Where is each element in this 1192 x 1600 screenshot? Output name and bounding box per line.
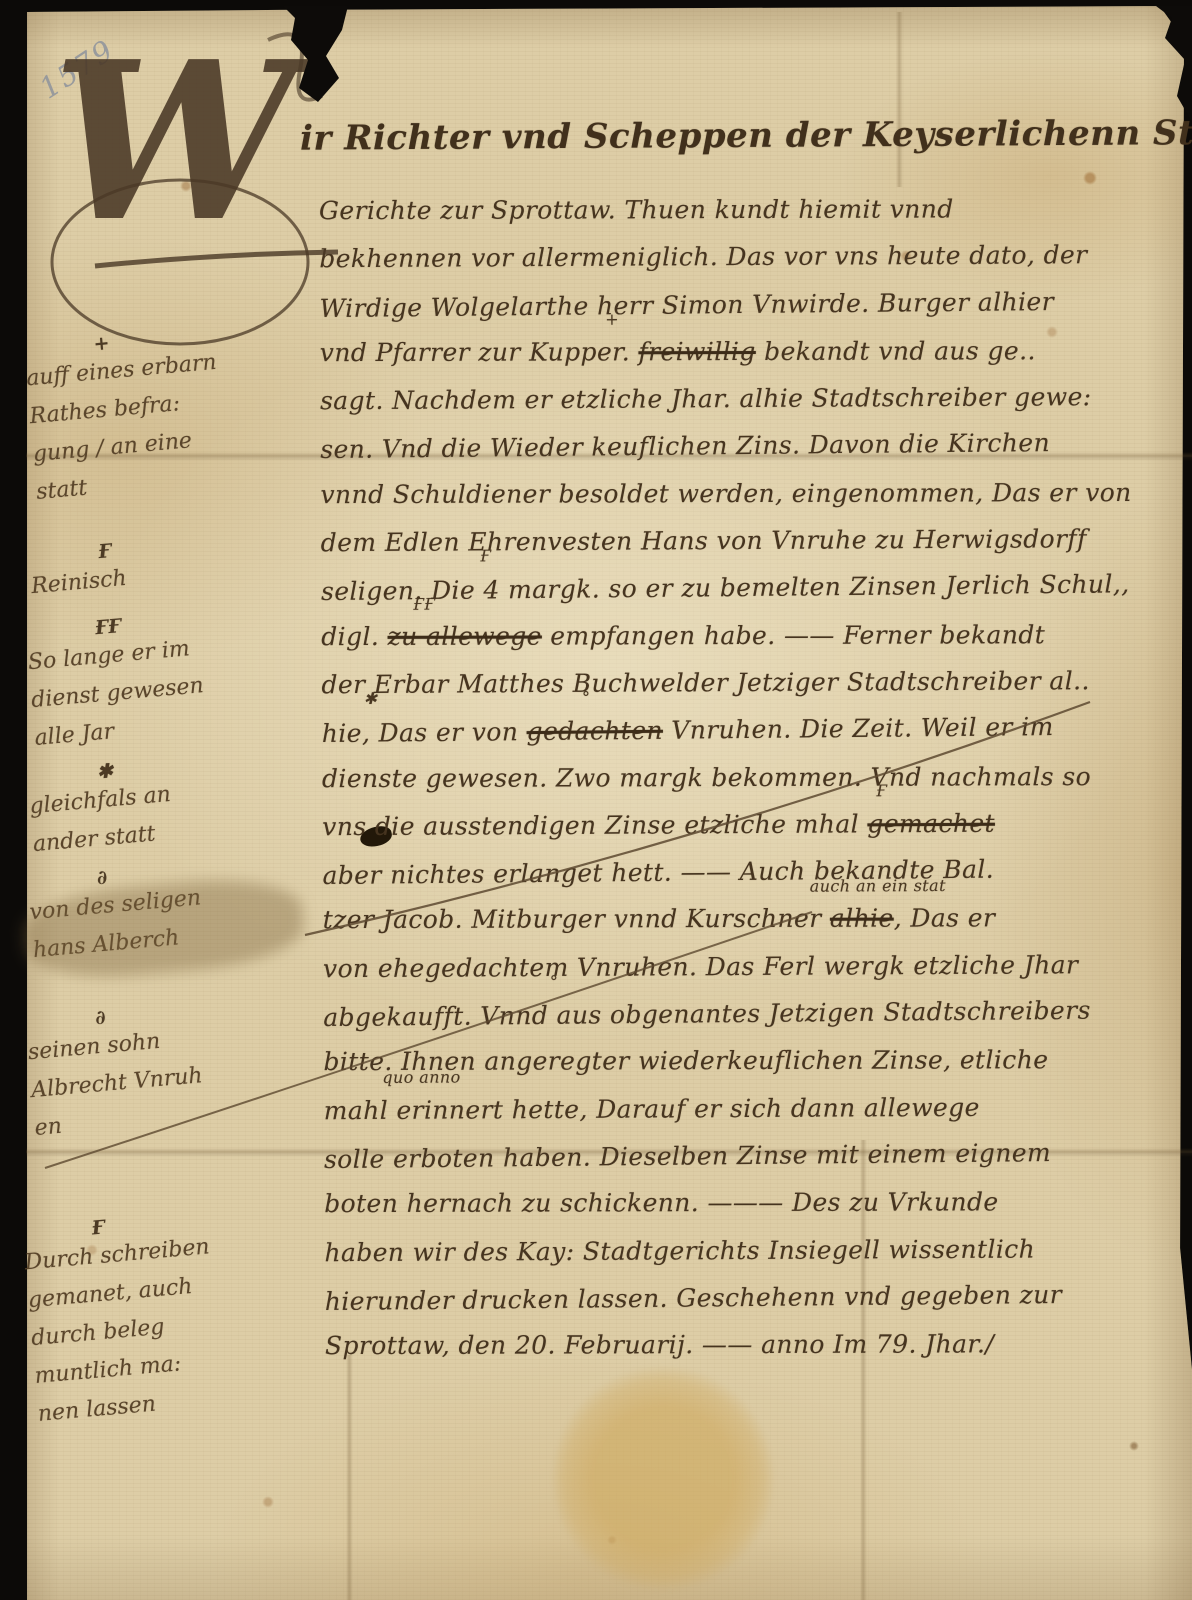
text-segment: tzer Jacob. Mitburger vnnd Kurschner [323,904,830,934]
text-segment: bekhennen vor allermeniglich. Das vor vn… [319,240,1087,273]
manuscript-line: solle erboten haben. Dieselben Zinse mit… [324,1128,1169,1183]
manuscript-line: hie, Das er von gedachten Vnruhen. Die Z… [322,702,1167,757]
margin-note: ∂seinen sohnAlbrecht Vnruhen [25,990,316,1148]
text-segment: von ehegedachtem Vnruhen. Das Ferl wergk… [323,950,1079,983]
seal-stain [553,1366,773,1591]
interlinear-note: Ғ [876,783,887,799]
manuscript-line: von ehegedachtem Vnruhen. Das Ferl wergk… [323,941,1168,993]
manuscript-line: boten hernach zu schickenn. ——— Des zu V… [324,1178,1169,1228]
manuscript-line: tzer Jacob. Mitburger vnnd Kurschner alh… [323,894,1168,944]
struck-word: gemachet [867,809,995,839]
text-segment: haben wir des Kay: Stadtgerichts Insiege… [324,1234,1035,1267]
text-segment: abgekaufft. Vnnd aus obgenantes Jetzigen… [323,996,1091,1032]
interlinear-note: ° [582,690,590,706]
text-segment: hie, Das er von [322,717,527,748]
manuscript-line: dem Edlen Ehrenvesten Hans von Vnruhe zu… [321,515,1166,567]
struck-word: alhie [830,904,894,933]
manuscript-scan: 1579 ir Richter vnd Scheppen der Keyserl… [0,0,1192,1600]
text-segment: bekandt vnd aus ge.. [756,336,1036,366]
text-segment: Gerichte zur Sprottaw. Thuen kundt hiemi… [319,194,954,225]
struck-word: freiwillig [638,337,755,366]
text-segment: solle erboten haben. Dieselben Zinse mit… [324,1138,1051,1174]
text-segment: sagt. Nachdem er etzliche Jhar. alhie St… [320,382,1092,415]
manuscript-line: sagt. Nachdem er etzliche Jhar. alhie St… [320,373,1165,425]
opening-line: ir Richter vnd Scheppen der Keyserlichen… [300,113,1170,158]
interlinear-note: quo anno [382,1069,460,1085]
text-segment: seligen. Die 4 margk. so er zu bemelten … [321,570,1130,607]
interlinear-note: Ғ [480,549,491,565]
manuscript-line: der Erbar Matthes Buchwelder Jetziger St… [321,657,1166,709]
margin-note: ҒҒSo lange er imdienst gewesenalle Jar [25,600,316,758]
manuscript-line: mahl erinnert hette, Darauf er sich dann… [324,1082,1169,1134]
text-segment: digl. [321,622,387,651]
text-segment: sen. Vnd die Wieder keuflichen Zins. Dav… [320,429,1050,465]
text-segment: vnd Pfarrer zur Kupper. [320,337,639,367]
text-segment: hierunder drucken lassen. Geschehenn vnd… [325,1280,1063,1316]
text-segment: empfangen habe. —— Ferner bekandt [542,620,1045,650]
text-segment: vns die ausstendigen Zinse etzliche mhal [322,809,867,841]
manuscript-line: vns die ausstendigen Zinse etzliche mhal… [322,799,1167,851]
text-segment: dem Edlen Ehrenvesten Hans von Vnruhe zu… [321,524,1087,557]
text-segment: Sprottaw, den 20. Februarij. —— anno Im … [325,1329,994,1360]
manuscript-line: vnnd Schuldiener besoldet werden, eingen… [320,469,1165,519]
manuscript-line: abgekaufft. Vnnd aus obgenantes Jetzigen… [323,986,1168,1041]
struck-word: gedachten [526,716,663,746]
text-segment: , Das er [894,904,996,933]
text-segment: mahl erinnert hette, Darauf er sich dann… [324,1092,980,1124]
manuscript-line: Sprottaw, den 20. Februarij. —— anno Im … [325,1320,1170,1370]
text-segment: Vnruhen. Die Zeit. Weil er im [663,712,1054,745]
manuscript-line: Gerichte zur Sprottaw. Thuen kundt hiemi… [319,185,1164,235]
text-segment: Wirdige Wolgelarthe herr Simon Vnwirde. … [319,287,1054,323]
interlinear-note: auch an ein stat [810,877,946,894]
text-segment: der Erbar Matthes Buchwelder Jetziger St… [321,666,1089,699]
manuscript-line: sen. Vnd die Wieder keuflichen Zins. Dav… [320,418,1165,473]
manuscript-line: dienste gewesen. Zwo margk bekommen. Vnd… [322,752,1167,802]
struck-word: zu allewege [388,621,542,650]
interlinear-note: ✱ [364,691,378,707]
interlinear-note: ° [550,974,558,990]
manuscript-line: seligen. Die 4 margk. so er zu bemelten … [321,560,1166,615]
margin-note: +auff eines erbarnRathes befra:gung / an… [23,316,317,512]
text-segment: vnnd Schuldiener besoldet werden, eingen… [320,478,1131,509]
interlinear-note: + [605,312,619,328]
manuscript-line: aber nichtes erlanget hett. —— Auch beka… [322,844,1167,899]
interlinear-note: ҒҒ [413,596,435,612]
text-segment: boten hernach zu schickenn. ——— Des zu V… [324,1188,998,1219]
margin-note: ҒDurch schreibengemanet, auchdurch beleg… [21,1200,318,1434]
manuscript-line: bekhennen vor allermeniglich. Das vor vn… [319,231,1164,283]
manuscript-line: haben wir des Kay: Stadtgerichts Insiege… [324,1224,1169,1276]
manuscript-line: vnd Pfarrer zur Kupper. freiwillig bekan… [320,327,1165,377]
manuscript-line: hierunder drucken lassen. Geschehenn vnd… [325,1270,1170,1325]
manuscript-line: digl. zu allewege empfangen habe. —— Fer… [321,611,1166,661]
manuscript-line: Wirdige Wolgelarthe herr Simon Vnwirde. … [319,277,1164,332]
text-segment: dienste gewesen. Zwo margk bekommen. Vnd… [322,762,1091,793]
main-text-block: Gerichte zur Sprottaw. Thuen kundt hiemi… [319,184,1170,1371]
